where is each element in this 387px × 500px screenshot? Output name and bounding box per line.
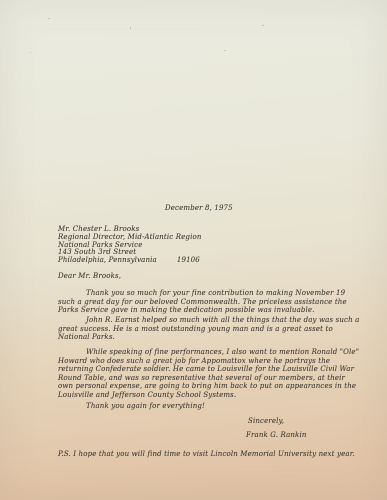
paper-speck bbox=[48, 18, 50, 19]
body-paragraph: John R. Earnst helped so much with all t… bbox=[58, 316, 362, 342]
paper-speck bbox=[30, 52, 31, 53]
body-paragraph: While speaking of fine performances, I a… bbox=[58, 348, 362, 400]
recipient-address: Mr. Chester L. Brooks Regional Director,… bbox=[58, 226, 201, 265]
paper-speck bbox=[130, 27, 131, 29]
body-paragraph: Thank you again for everything! bbox=[58, 402, 362, 411]
salutation: Dear Mr. Brooks, bbox=[58, 272, 121, 280]
recipient-city-line: Philadelphia, Pennsylvania19106 bbox=[58, 257, 201, 265]
signature-name: Frank G. Rankin bbox=[246, 431, 307, 439]
body-paragraph: Thank you so much for your fine contribu… bbox=[58, 289, 362, 315]
letter-page: December 8, 1975 Mr. Chester L. Brooks R… bbox=[0, 0, 387, 500]
recipient-city-state: Philadelphia, Pennsylvania bbox=[58, 256, 157, 264]
letter-date: December 8, 1975 bbox=[165, 204, 233, 212]
paper-speck bbox=[224, 50, 226, 51]
closing: Sincerely, bbox=[248, 417, 284, 425]
paper-speck bbox=[262, 25, 264, 26]
postscript: P.S. I hope that you will find time to v… bbox=[58, 450, 385, 459]
recipient-zip: 19106 bbox=[177, 256, 200, 264]
